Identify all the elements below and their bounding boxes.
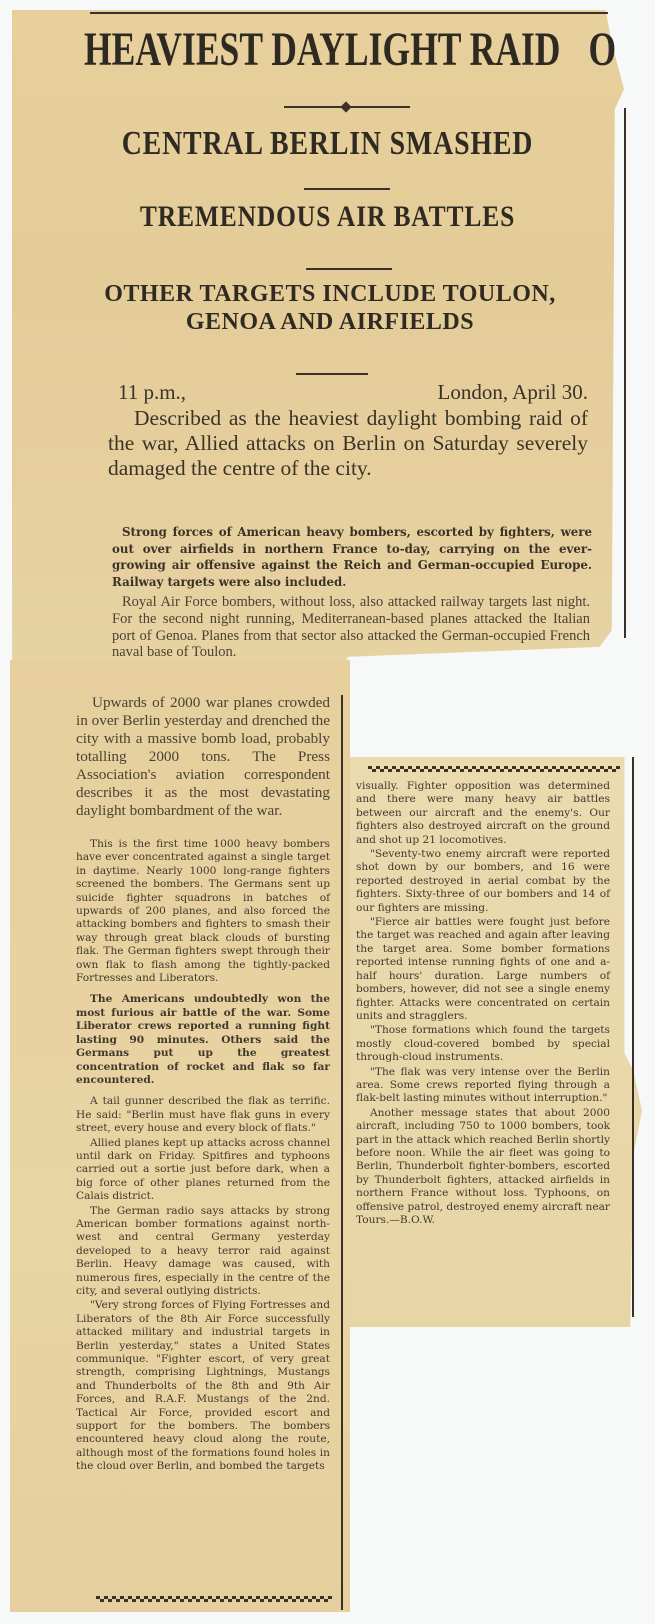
raf-paragraph: Royal Air Force bombers, without loss, a…: [112, 594, 590, 661]
subhead-divider-1: [304, 188, 390, 190]
subhead-air-battles: TREMENDOUS AIR BATTLES: [49, 200, 606, 234]
column-intro-paragraph: Upwards of 2000 war planes crowded in ov…: [76, 694, 330, 820]
left-column-rule: [341, 695, 343, 1610]
headline-text: HEAVIEST DAYLIGHT RAID: [84, 23, 560, 76]
left-column-body: This is the first time 1000 heavy bomber…: [76, 838, 330, 1475]
lead-paragraph: Described as the heaviest daylight bombi…: [108, 406, 588, 481]
subhead-divider-3: [296, 373, 368, 375]
bold-intro-paragraph: Strong forces of American heavy bombers,…: [112, 524, 592, 590]
dateline-place-date: London, April 30.: [438, 380, 589, 405]
dateline: 11 p.m., London, April 30.: [118, 380, 588, 405]
left-paragraph: This is the first time 1000 heavy bomber…: [76, 838, 330, 985]
top-right-column-rule: [624, 108, 626, 638]
left-paragraph: A tail gunner described the flak as terr…: [76, 1095, 330, 1135]
left-column-end-ornament: [96, 1596, 332, 1602]
subhead-divider-2: [306, 268, 392, 270]
right-column-body: visually. Fighter opposition was determi…: [356, 780, 610, 1228]
top-border-rule: [90, 12, 608, 14]
left-paragraph: The German radio says attacks by strong …: [76, 1205, 330, 1299]
left-paragraph: "Very strong forces of Flying Fortresses…: [76, 1299, 330, 1473]
right-paragraph: Another message states that about 2000 a…: [356, 1107, 610, 1228]
dateline-time: 11 p.m.,: [118, 380, 186, 405]
headline: HEAVIEST DAYLIGHT RAID O: [84, 22, 498, 77]
right-column-top-ornament: [368, 766, 620, 772]
left-paragraph-bold: The Americans undoubtedly won the most f…: [76, 993, 330, 1087]
right-paragraph: "Those formations which found the target…: [356, 1024, 610, 1064]
headline-cut-letter: O: [589, 23, 617, 76]
right-paragraph: visually. Fighter opposition was determi…: [356, 780, 610, 847]
right-paragraph: "Fierce air battles were fought just bef…: [356, 916, 610, 1023]
right-paragraph: "The flak was very intense over the Berl…: [356, 1066, 610, 1106]
right-paragraph: "Seventy-two enemy aircraft were reporte…: [356, 848, 610, 915]
left-paragraph: Allied planes kept up attacks across cha…: [76, 1137, 330, 1204]
subhead-central-berlin: CENTRAL BERLIN SMASHED: [59, 125, 596, 163]
right-column-rule: [632, 757, 634, 1317]
subhead-other-targets: OTHER TARGETS INCLUDE TOULON, GENOA AND …: [60, 280, 600, 336]
